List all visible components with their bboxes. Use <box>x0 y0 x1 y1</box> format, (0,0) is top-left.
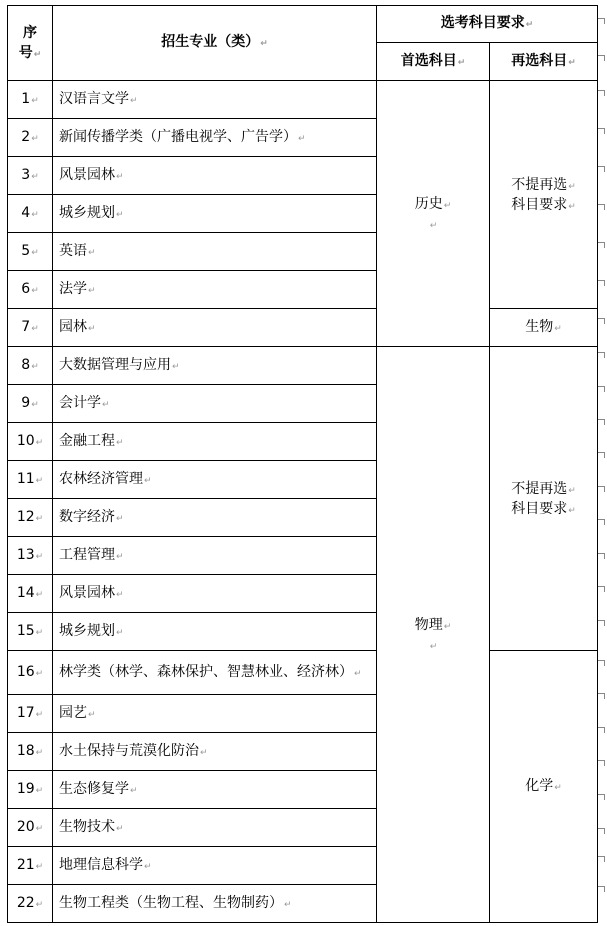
row-no: 9↵ <box>8 385 53 423</box>
row-no: 19↵ <box>8 771 53 809</box>
row-major: 生态修复学↵ <box>53 771 377 809</box>
first-subject-history: 历史↵↵ <box>377 81 490 347</box>
row-end-mark-icon <box>598 553 605 559</box>
row-major: 风景园林↵ <box>53 157 377 195</box>
row-no: 14↵ <box>8 575 53 613</box>
row-end-mark-icon <box>598 886 605 892</box>
row-major: 大数据管理与应用↵ <box>53 347 377 385</box>
row-no: 16↵ <box>8 651 53 695</box>
table-row: 7↵ 园林↵ 生物↵ <box>8 309 598 347</box>
header-major: 招生专业（类）↵ <box>53 6 377 81</box>
row-no: 8↵ <box>8 347 53 385</box>
row-no: 2↵ <box>8 119 53 157</box>
row-end-mark-icon <box>598 352 605 358</box>
row-major: 园艺↵ <box>53 695 377 733</box>
row-major: 法学↵ <box>53 271 377 309</box>
row-end-mark-icon <box>598 242 605 248</box>
row-no: 10↵ <box>8 423 53 461</box>
row-no: 3↵ <box>8 157 53 195</box>
row-end-mark-icon <box>598 620 605 626</box>
header-row-1: 序号↵ 招生专业（类）↵ 选考科目要求↵ <box>8 6 598 43</box>
row-major: 金融工程↵ <box>53 423 377 461</box>
row-no: 7↵ <box>8 309 53 347</box>
row-major: 农林经济管理↵ <box>53 461 377 499</box>
row-end-mark-icon <box>598 90 605 96</box>
row-major: 生物工程类（生物工程、生物制药）↵ <box>53 885 377 923</box>
row-no: 21↵ <box>8 847 53 885</box>
row-end-mark-icon <box>598 760 605 766</box>
header-first-subject: 首选科目↵ <box>377 43 490 81</box>
row-end-mark-icon <box>598 280 605 286</box>
row-major: 地理信息科学↵ <box>53 847 377 885</box>
table-row: 1↵ 汉语言文学↵ 历史↵↵ 不提再选↵科目要求↵ <box>8 81 598 119</box>
row-end-mark-icon <box>598 18 605 24</box>
first-subject-physics: 物理↵↵ <box>377 347 490 923</box>
row-end-mark-icon <box>598 586 605 592</box>
row-major: 水土保持与荒漠化防治↵ <box>53 733 377 771</box>
row-end-mark-icon <box>598 660 605 666</box>
row-major: 新闻传播学类（广播电视学、广告学）↵ <box>53 119 377 157</box>
row-major: 汉语言文学↵ <box>53 81 377 119</box>
row-no: 1↵ <box>8 81 53 119</box>
table-row: 8↵ 大数据管理与应用↵ 物理↵↵ 不提再选↵科目要求↵ <box>8 347 598 385</box>
header-requirement: 选考科目要求↵ <box>377 6 598 43</box>
row-major: 生物技术↵ <box>53 809 377 847</box>
second-subject-chemistry: 化学↵ <box>490 651 598 923</box>
row-end-mark-icon <box>598 204 605 210</box>
row-end-mark-icon <box>598 856 605 862</box>
row-end-mark-icon <box>598 452 605 458</box>
row-end-mark-icon <box>598 166 605 172</box>
row-no: 15↵ <box>8 613 53 651</box>
row-major: 会计学↵ <box>53 385 377 423</box>
row-major: 林学类（林学、森林保护、智慧林业、经济林）↵ <box>53 651 377 695</box>
row-end-mark-icon <box>598 693 605 699</box>
row-end-mark-icon <box>598 386 605 392</box>
row-end-mark-icon <box>598 318 605 324</box>
row-no: 6↵ <box>8 271 53 309</box>
row-end-mark-icon <box>598 486 605 492</box>
row-no: 13↵ <box>8 537 53 575</box>
row-major: 英语↵ <box>53 233 377 271</box>
second-subject-none-2: 不提再选↵科目要求↵ <box>490 347 598 651</box>
header-no: 序号↵ <box>8 6 53 81</box>
row-end-mark-icon <box>598 519 605 525</box>
row-end-mark-icon <box>598 828 605 834</box>
row-major: 城乡规划↵ <box>53 195 377 233</box>
row-major: 园林↵ <box>53 309 377 347</box>
row-major: 城乡规划↵ <box>53 613 377 651</box>
row-end-mark-icon <box>598 128 605 134</box>
row-major: 数字经济↵ <box>53 499 377 537</box>
row-no: 22↵ <box>8 885 53 923</box>
row-major: 工程管理↵ <box>53 537 377 575</box>
row-no: 18↵ <box>8 733 53 771</box>
row-end-mark-icon <box>598 419 605 425</box>
row-end-mark-icon <box>598 55 605 61</box>
second-subject-none-1: 不提再选↵科目要求↵ <box>490 81 598 309</box>
row-no: 20↵ <box>8 809 53 847</box>
table-row: 16↵ 林学类（林学、森林保护、智慧林业、经济林）↵ 化学↵ <box>8 651 598 695</box>
row-no: 4↵ <box>8 195 53 233</box>
row-end-mark-icon <box>598 794 605 800</box>
header-second-subject: 再选科目↵ <box>490 43 598 81</box>
subject-requirement-table: 序号↵ 招生专业（类）↵ 选考科目要求↵ 首选科目↵ 再选科目↵ 1↵ 汉语言文… <box>7 5 598 923</box>
row-no: 12↵ <box>8 499 53 537</box>
row-no: 17↵ <box>8 695 53 733</box>
row-end-marks <box>598 0 607 926</box>
second-subject-biology: 生物↵ <box>490 309 598 347</box>
row-no: 5↵ <box>8 233 53 271</box>
row-no: 11↵ <box>8 461 53 499</box>
row-end-mark-icon <box>598 727 605 733</box>
row-major: 风景园林↵ <box>53 575 377 613</box>
